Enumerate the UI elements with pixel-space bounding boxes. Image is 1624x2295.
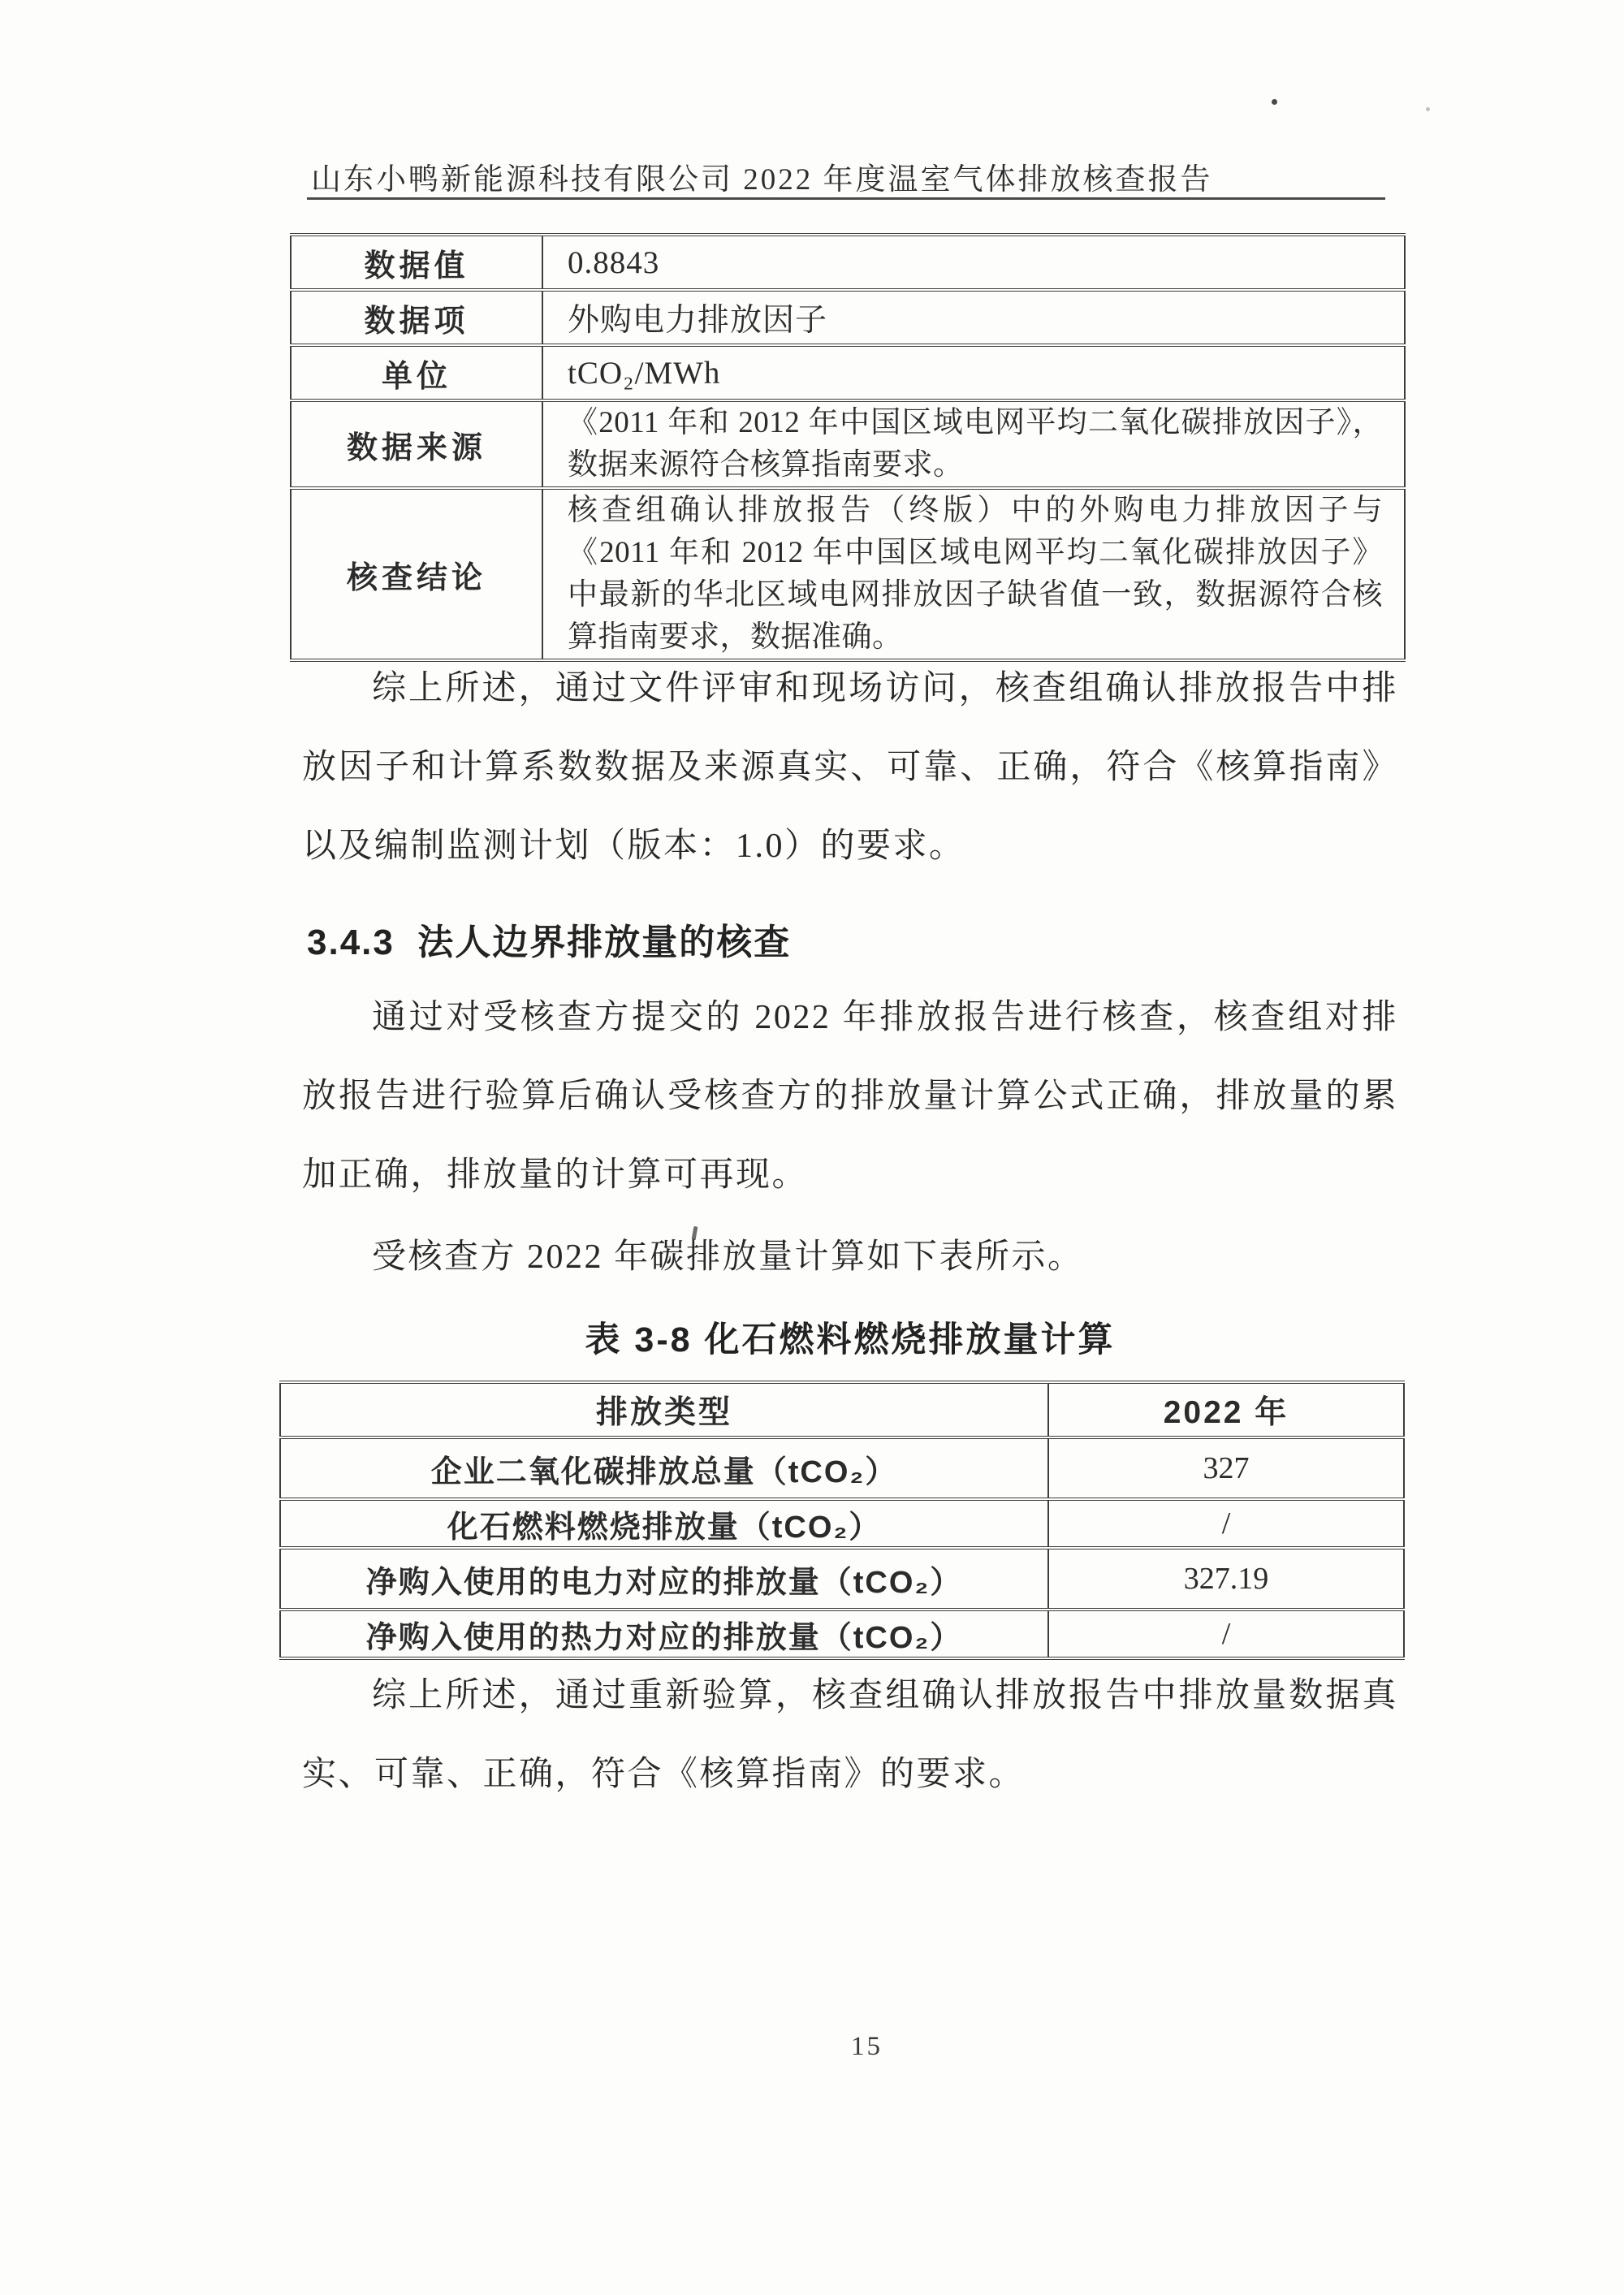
row-value: 核查组确认排放报告（终版）中的外购电力排放因子与《2011 年和 2012 年中…: [542, 488, 1405, 660]
paragraph-summary-factors: 综上所述，通过文件评审和现场访问，核查组确认排放报告中排放因子和计算系数数据及来…: [302, 650, 1398, 886]
row-value: 外购电力排放因子: [542, 290, 1405, 345]
factor-table: 数据值 0.8843 数据项 外购电力排放因子 单位 tCO₂/MWh 数据来源…: [290, 233, 1406, 662]
emission-type: 净购入使用的电力对应的排放量（tCO₂）: [280, 1548, 1048, 1610]
row-value: 《2011 年和 2012 年中国区域电网平均二氧化碳排放因子》，数据来源符合核…: [542, 400, 1405, 488]
emission-type: 化石燃料燃烧排放量（tCO₂）: [280, 1499, 1048, 1548]
document-page: 山东小鸭新能源科技有限公司 2022 年度温室气体排放核查报告 数据值 0.88…: [0, 0, 1624, 2295]
table-header-row: 排放类型 2022 年: [280, 1382, 1404, 1437]
emission-value: /: [1048, 1610, 1404, 1658]
emission-table-title: 表 3-8 化石燃料燃烧排放量计算: [302, 1312, 1398, 1362]
emission-value: /: [1048, 1499, 1404, 1548]
page-number: 15: [851, 2032, 883, 2062]
emission-table: 排放类型 2022 年 企业二氧化碳排放总量（tCO₂） 327 化石燃料燃烧排…: [279, 1381, 1405, 1660]
row-value: 0.8843: [542, 235, 1405, 290]
row-label: 数据项: [291, 290, 542, 345]
table-row: 核查结论 核查组确认排放报告（终版）中的外购电力排放因子与《2011 年和 20…: [291, 488, 1405, 660]
table-row: 单位 tCO₂/MWh: [291, 345, 1405, 400]
row-label: 单位: [291, 345, 542, 400]
paragraph-table-intro: 受核查方 2022 年碳排放量计算如下表所示。: [302, 1218, 1398, 1297]
emission-value: 327: [1048, 1437, 1404, 1499]
header-rule: [307, 197, 1385, 200]
table-row: 企业二氧化碳排放总量（tCO₂） 327: [280, 1437, 1404, 1499]
row-value: tCO₂/MWh: [542, 345, 1405, 400]
scan-speck: [1426, 107, 1430, 111]
table-row: 数据项 外购电力排放因子: [291, 290, 1405, 345]
column-header-type: 排放类型: [280, 1382, 1048, 1437]
column-header-year: 2022 年: [1048, 1382, 1404, 1437]
row-label: 核查结论: [291, 488, 542, 660]
row-label: 数据值: [291, 235, 542, 290]
page-header-title: 山东小鸭新能源科技有限公司 2022 年度温室气体排放核查报告: [311, 154, 1213, 198]
table-row: 净购入使用的热力对应的排放量（tCO₂） /: [280, 1610, 1404, 1658]
table-row: 化石燃料燃烧排放量（tCO₂） /: [280, 1499, 1404, 1548]
table-row: 数据值 0.8843: [291, 235, 1405, 290]
row-label: 数据来源: [291, 400, 542, 488]
emission-type: 净购入使用的热力对应的排放量（tCO₂）: [280, 1610, 1048, 1658]
table-row: 净购入使用的电力对应的排放量（tCO₂） 327.19: [280, 1548, 1404, 1610]
section-heading-3-4-3: 3.4.3 法人边界排放量的核查: [307, 913, 791, 965]
scan-speck: [1272, 99, 1277, 105]
table-row: 数据来源 《2011 年和 2012 年中国区域电网平均二氧化碳排放因子》，数据…: [291, 400, 1405, 488]
emission-type: 企业二氧化碳排放总量（tCO₂）: [280, 1437, 1048, 1499]
paragraph-summary-emissions: 综上所述，通过重新验算，核查组确认排放报告中排放量数据真实、可靠、正确，符合《核…: [302, 1657, 1398, 1814]
paragraph-verification-intro: 通过对受核查方提交的 2022 年排放报告进行核查，核查组对排放报告进行验算后确…: [302, 979, 1398, 1215]
emission-value: 327.19: [1048, 1548, 1404, 1610]
